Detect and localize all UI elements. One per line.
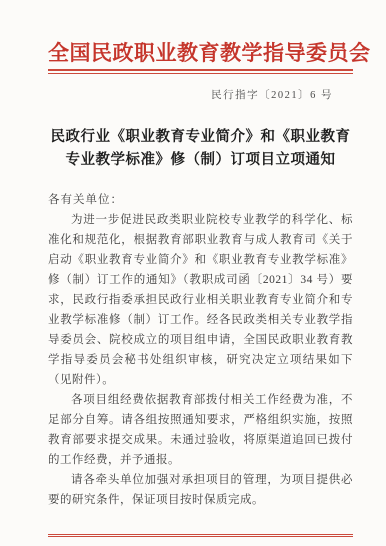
body-paragraph-2: 各项目组经费依据教育部拨付相关工作经费为准，不足部分自筹。请各组按照通知要求，严… [48,390,353,470]
letterhead: 全国民政职业教育教学指导委员会 民行指字〔2021〕6 号 [48,40,353,102]
body-paragraph-3: 请各牵头单位加强对承担项目的管理，为项目提供必要的研究条件，保证项目按时保质完成… [48,470,353,510]
doc-number: 民行指字〔2021〕6 号 [48,87,353,102]
letterhead-org-name: 全国民政职业教育教学指导委员会 [48,40,353,67]
document-page: 全国民政职业教育教学指导委员会 民行指字〔2021〕6 号 民政行业《职业教育专… [0,0,386,546]
footer-double-rule [48,534,353,537]
notice-body: 各有关单位： 为进一步促进民政类职业院校专业教学的科学化、标准化和规范化，根据教… [48,190,353,510]
salutation: 各有关单位： [48,190,353,210]
body-paragraph-1: 为进一步促进民政类职业院校专业教学的科学化、标准化和规范化，根据教育部职业教育与… [48,210,353,390]
letterhead-double-rule [48,69,353,74]
notice-title: 民政行业《职业教育专业简介》和《职业教育专业教学标准》修（制）订项目立项通知 [51,126,351,172]
